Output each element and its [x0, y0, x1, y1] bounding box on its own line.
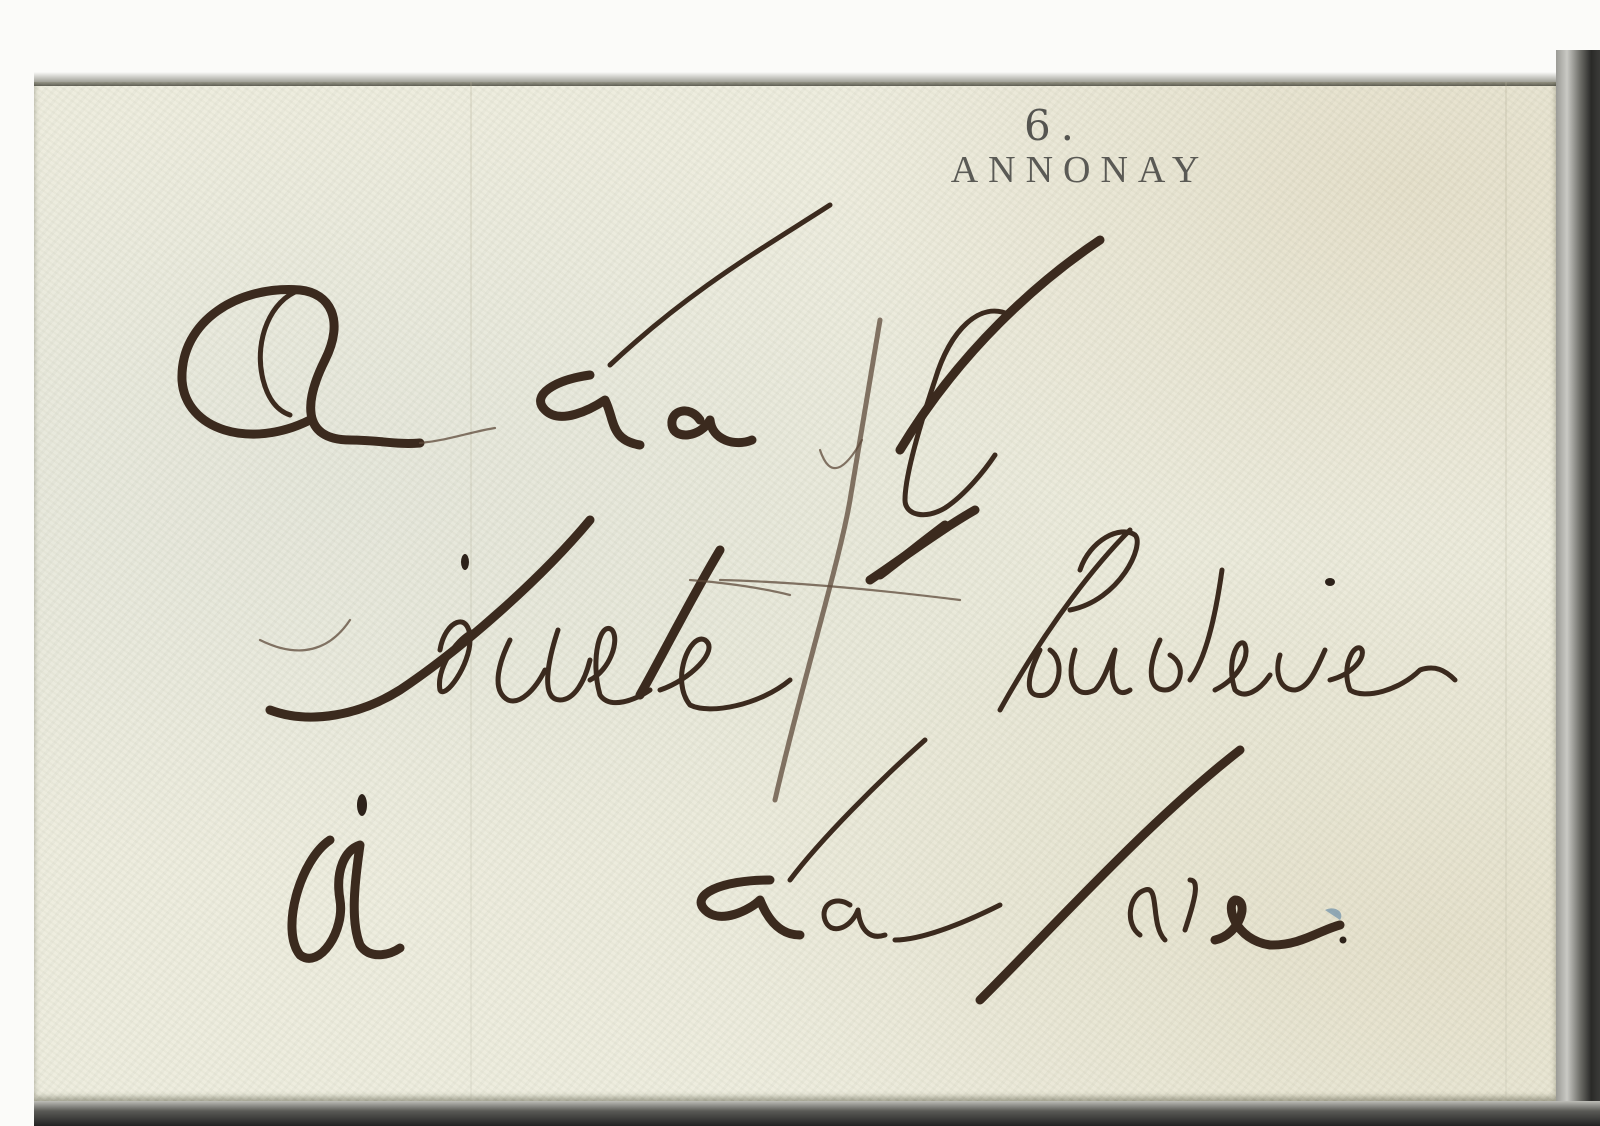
letter-sheet: [34, 82, 1556, 1101]
address-line-3: à La Fère: [280, 820, 499, 884]
top-edge-shadow: [34, 72, 1556, 86]
scanner-border-right: [1556, 50, 1600, 1126]
postmark-town: ANNONAY: [870, 150, 1290, 190]
fold-crease: [1505, 82, 1507, 1101]
address-line-1: A La: [180, 290, 286, 354]
address-line-2: Société Populaire: [270, 560, 668, 624]
rate-mark: 4: [760, 320, 788, 384]
scanner-border-bottom: [34, 1101, 1600, 1126]
postmark-number: 6.: [818, 104, 1290, 148]
postmark: 6. ANNONAY: [870, 104, 1290, 190]
